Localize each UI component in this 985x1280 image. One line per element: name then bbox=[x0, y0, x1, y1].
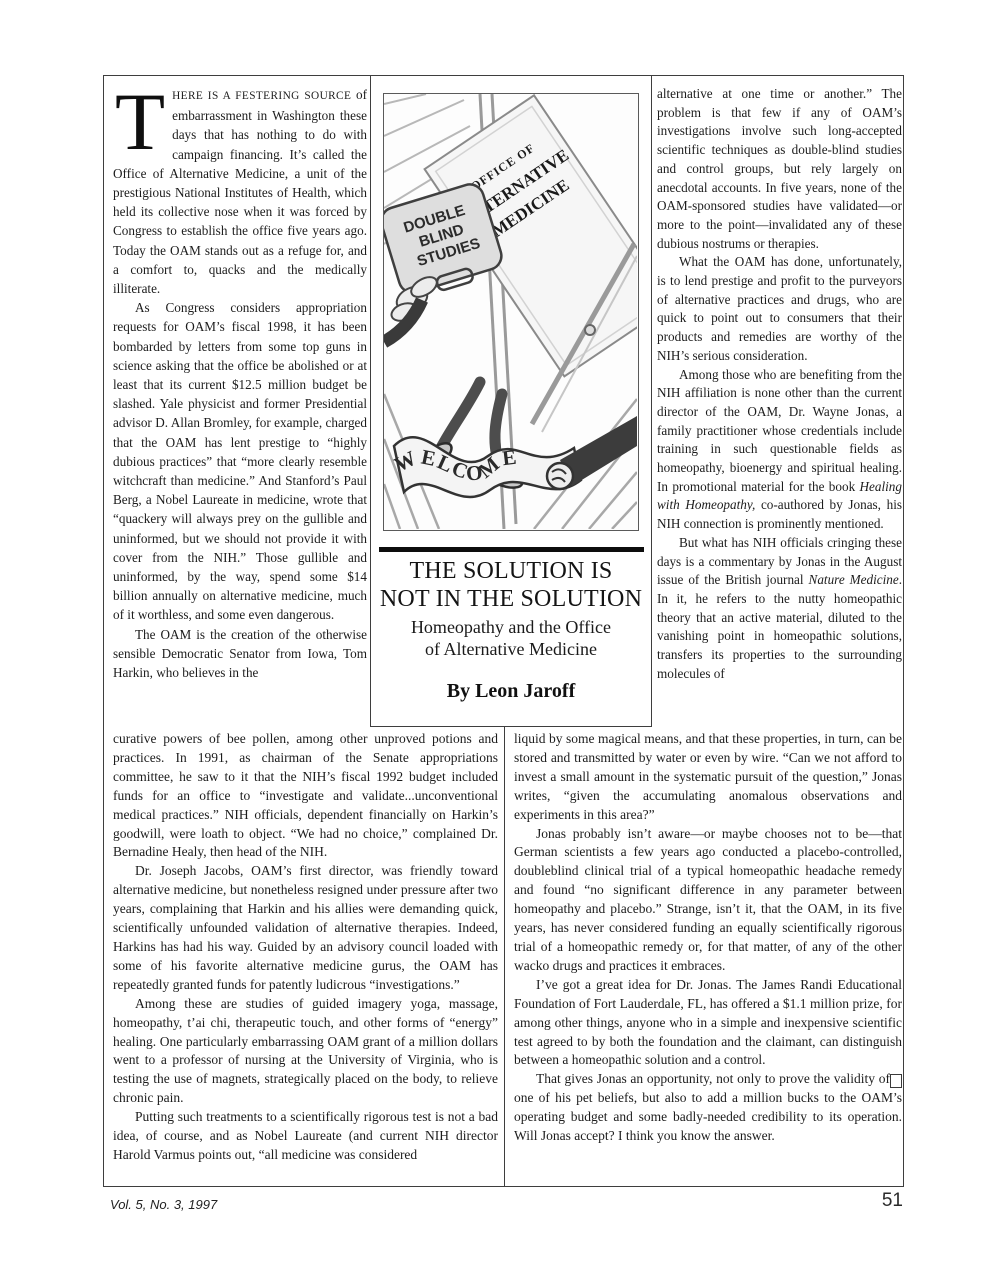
grabbing-hand bbox=[547, 463, 573, 489]
paragraph: That gives Jonas an opportunity, not onl… bbox=[514, 1070, 902, 1146]
paragraph: But what has NIH officials cringing thes… bbox=[657, 534, 902, 684]
door-cartoon: OFFICE OF ALTERNATIVE MEDICINE DOUBLE BL… bbox=[384, 94, 637, 529]
paragraph: Putting such treatments to a scientifica… bbox=[113, 1108, 498, 1165]
paragraph: Among those who are benefiting from the … bbox=[657, 366, 902, 534]
paragraph: The OAM is the creation of the otherwise… bbox=[113, 625, 367, 683]
paragraph-text: . In it, he refers to the nutty homeopat… bbox=[657, 572, 902, 681]
paragraph: Jonas probably isn’t aware—or maybe choo… bbox=[514, 825, 902, 976]
paragraph: THERE IS A FESTERING SOURCE of embarrass… bbox=[113, 85, 367, 298]
article-column-bottom-left: curative powers of bee pollen, among oth… bbox=[113, 730, 498, 1182]
drop-cap: T bbox=[113, 85, 172, 153]
footer-page-number: 51 bbox=[882, 1190, 903, 1212]
magazine-page: THERE IS A FESTERING SOURCE of embarrass… bbox=[0, 0, 985, 1280]
article-column-bottom-right: liquid by some magical means, and that t… bbox=[514, 730, 902, 1182]
subtitle-line: Homeopathy and the Office bbox=[372, 616, 650, 638]
lead-small-caps: HERE IS A FESTERING SOURCE bbox=[172, 90, 351, 102]
article-column-right: alternative at one time or another.” The… bbox=[657, 85, 902, 729]
column-divider-left bbox=[370, 76, 371, 726]
subtitle-line: of Alternative Medicine bbox=[372, 638, 650, 660]
column-divider-right bbox=[651, 76, 652, 726]
paragraph: liquid by some magical means, and that t… bbox=[514, 730, 902, 825]
paragraph: What the OAM has done, unfortunately, is… bbox=[657, 253, 902, 365]
article-title: THE SOLUTION IS NOT IN THE SOLUTION bbox=[372, 557, 650, 613]
door-knob bbox=[585, 325, 595, 335]
title-top-rule bbox=[379, 547, 644, 552]
paragraph: As Congress considers appropriation requ… bbox=[113, 298, 367, 624]
byline: By Leon Jaroff bbox=[372, 680, 650, 703]
paragraph: curative powers of bee pollen, among oth… bbox=[113, 730, 498, 862]
title-line: THE SOLUTION IS bbox=[372, 557, 650, 585]
end-of-article-mark bbox=[890, 1074, 902, 1088]
paragraph: Among these are studies of guided imager… bbox=[113, 995, 498, 1108]
journal-title: Nature Medicine bbox=[809, 572, 899, 587]
paragraph: I’ve got a great idea for Dr. Jonas. The… bbox=[514, 976, 902, 1071]
paragraph: Dr. Joseph Jacobs, OAM’s first director,… bbox=[113, 862, 498, 994]
paragraph: alternative at one time or another.” The… bbox=[657, 85, 902, 253]
illustration: OFFICE OF ALTERNATIVE MEDICINE DOUBLE BL… bbox=[383, 93, 639, 531]
bottom-column-divider bbox=[504, 726, 505, 1187]
title-line: NOT IN THE SOLUTION bbox=[372, 585, 650, 613]
title-block-bottom-rule bbox=[370, 726, 652, 727]
paragraph-text: That gives Jonas an opportunity, not onl… bbox=[514, 1071, 902, 1143]
article-frame: THERE IS A FESTERING SOURCE of embarrass… bbox=[103, 75, 904, 1187]
article-subtitle: Homeopathy and the Office of Alternative… bbox=[372, 616, 650, 660]
footer-volume: Vol. 5, No. 3, 1997 bbox=[110, 1197, 217, 1212]
article-column-left: THERE IS A FESTERING SOURCE of embarrass… bbox=[113, 85, 367, 729]
paragraph-text: Among those who are benefiting from the … bbox=[657, 367, 902, 494]
